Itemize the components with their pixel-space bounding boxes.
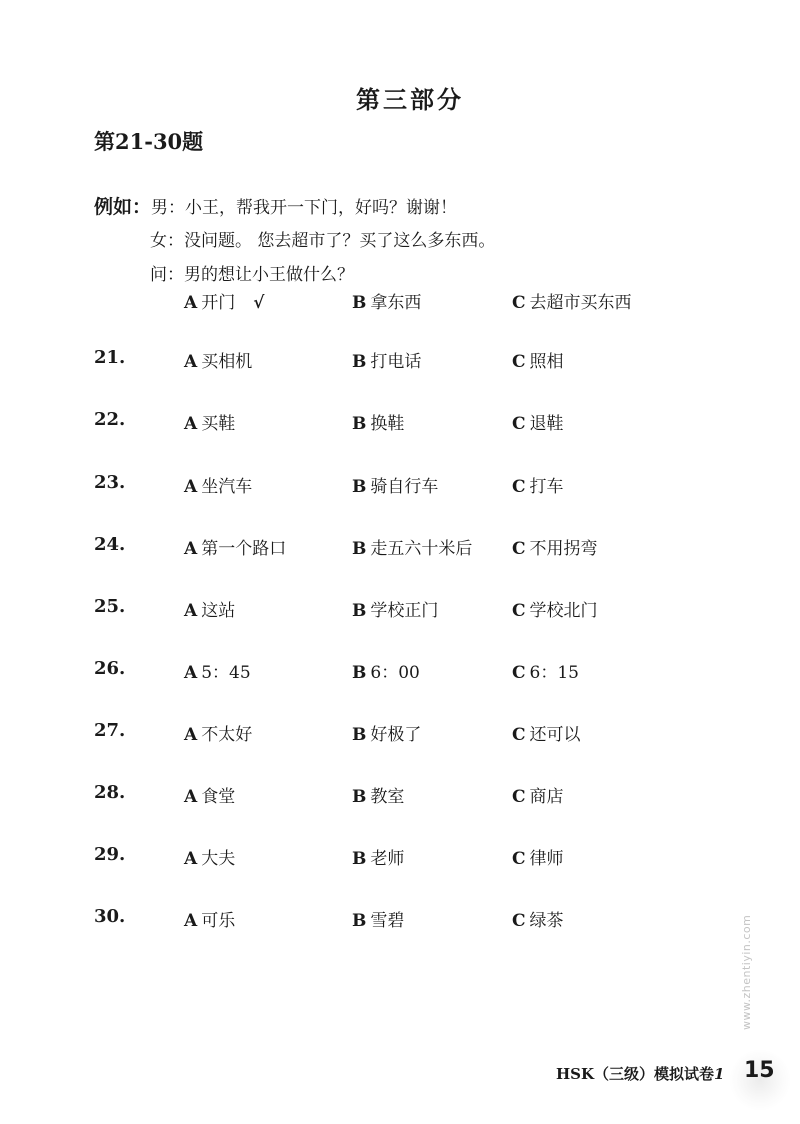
option-a: A可乐 (184, 906, 235, 931)
option-b: B学校正门 (352, 596, 438, 621)
option-a: A坐汽车 (184, 472, 252, 497)
option-b: B教室 (352, 782, 404, 807)
question-number: 22. (94, 409, 125, 430)
option-c: C绿茶 (512, 906, 564, 931)
question-number: 25. (94, 596, 125, 617)
option-a: A食堂 (184, 782, 235, 807)
option-c: C不用拐弯 (512, 534, 598, 559)
option-b: B走五六十米后 (352, 534, 472, 559)
example-option-a: A开门√ (184, 288, 264, 313)
question-number: 21. (94, 347, 125, 368)
question-number: 28. (94, 782, 125, 803)
option-b: B骑自行车 (352, 472, 438, 497)
option-a: A第一个路口 (184, 534, 286, 559)
question-number: 26. (94, 658, 125, 679)
question-number: 24. (94, 534, 125, 555)
option-c: C退鞋 (512, 409, 564, 434)
option-c: C照相 (512, 347, 564, 372)
option-b: B雪碧 (352, 906, 404, 931)
option-c: C学校北门 (512, 596, 598, 621)
footer-volume: 1 (714, 1065, 724, 1083)
question-range-title: 第21-30题 (94, 126, 203, 156)
question-number: 29. (94, 844, 125, 865)
option-a: A这站 (184, 596, 235, 621)
option-b: B换鞋 (352, 409, 404, 434)
option-b: B打电话 (352, 347, 421, 372)
example-question: 问：男的想让小王做什么？ (150, 260, 354, 285)
example-option-b: B拿东西 (352, 288, 421, 313)
example-dialogue-man: 男：小王，帮我开一下门，好吗？谢谢！ (151, 198, 457, 218)
option-a: A买鞋 (184, 409, 235, 434)
example-lead: 例如： (94, 196, 151, 218)
option-c: C商店 (512, 782, 564, 807)
option-c: C6：15 (512, 658, 579, 683)
footer-title: HSK（三级）模拟试卷1 (556, 1063, 724, 1084)
option-c: C打车 (512, 472, 564, 497)
option-b: B好极了 (352, 720, 421, 745)
option-b: B6：00 (352, 658, 420, 683)
example-option-c: C去超市买东西 (512, 288, 632, 313)
section-title: 第三部分 (10, 80, 800, 115)
checkmark-icon: √ (253, 293, 264, 313)
question-number: 27. (94, 720, 125, 741)
option-c: C还可以 (512, 720, 581, 745)
question-number: 30. (94, 906, 125, 927)
option-b: B老师 (352, 844, 404, 869)
option-a: A买相机 (184, 347, 252, 372)
example-dialogue-woman: 女：没问题。 您去超市了？买了这么多东西。 (150, 226, 495, 251)
option-a: A5：45 (184, 658, 251, 683)
option-a: A大夫 (184, 844, 235, 869)
page-number: 15 (744, 1058, 775, 1083)
option-c: C律师 (512, 844, 564, 869)
question-number: 23. (94, 472, 125, 493)
watermark: www.zhentiyin.com (740, 915, 753, 1030)
option-a: A不太好 (184, 720, 252, 745)
